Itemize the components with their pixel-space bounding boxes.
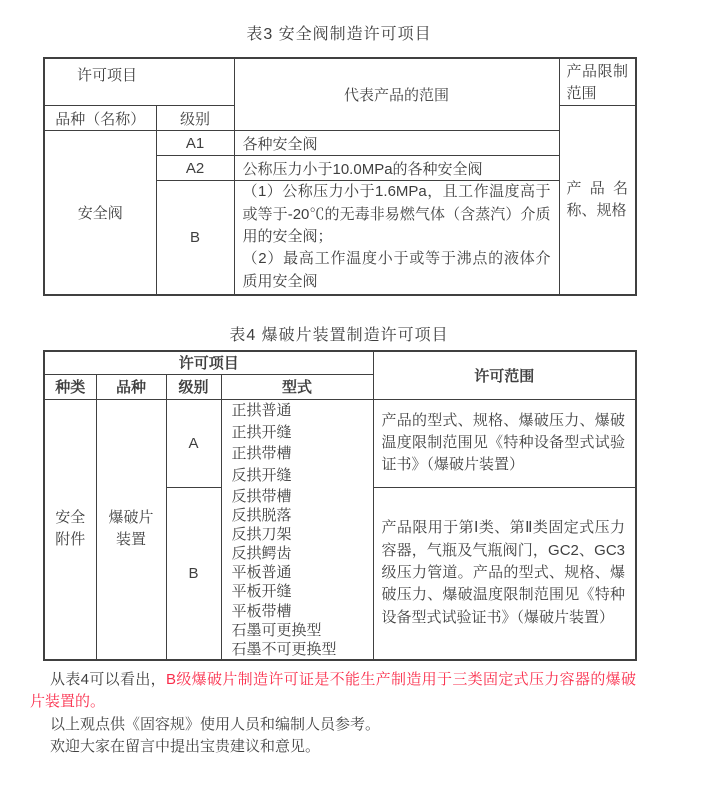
- table4-header-variety: 品种: [96, 374, 166, 399]
- table4-level-a: A: [166, 399, 221, 487]
- table3-scope-b-item2: （2）最高工作温度小于或等于沸点的液体介质用安全阀: [243, 248, 551, 293]
- table4-header-form: 型式: [221, 374, 373, 399]
- table3-header-license-item: 许可项目: [44, 58, 234, 106]
- page: { "colors": { "text": "#3f3f3f", "border…: [0, 0, 721, 788]
- note-conclusion: 从表4可以看出，B级爆破片制造许可证是不能生产制造用于三类固定式压力容器的爆破片…: [30, 669, 636, 714]
- table3-limit-value: 产品名称、规格: [559, 106, 636, 295]
- table-row: 安全阀 A1 各种安全阀: [44, 131, 636, 156]
- table4-header-license-scope: 许可范围: [373, 351, 636, 399]
- table4-variety-value: 爆破片装置: [96, 399, 166, 660]
- table4-level-b: B: [166, 487, 221, 660]
- table3-scope-a2: 公称压力小于10.0MPa的各种安全阀: [234, 156, 559, 181]
- table3-safety-valve: 许可项目 代表产品的范围 产品限制范围 品种（名称） 级别 产品名称、规格 安全…: [43, 57, 637, 296]
- table3-title: 表3 安全阀制造许可项目: [43, 21, 635, 44]
- table3-scope-b: （1）公称压力小于1.6MPa，且工作温度高于或等于-20℃的无毒非易燃气体（含…: [234, 181, 559, 295]
- table-row: 安全附件 爆破片装置 A 正拱普通 正拱开缝 正拱带槽 反拱开缝 产品的型式、规…: [44, 399, 636, 487]
- table4-scope-a: 产品的型式、规格、爆破压力、爆破温度限制范围见《特种设备型式试验证书》（爆破片装…: [373, 399, 636, 487]
- table3-header-representative-scope: 代表产品的范围: [234, 58, 559, 131]
- table4-category-value: 安全附件: [44, 399, 96, 660]
- table4-rupture-disc: 许可项目 许可范围 种类 品种 级别 型式 安全附件 爆破片装置 A 正拱普通 …: [43, 350, 637, 661]
- table4-scope-b: 产品限用于第Ⅰ类、第Ⅱ类固定式压力容器，气瓶及气瓶阀门，GC2、GC3级压力管道…: [373, 487, 636, 660]
- table3-variety-value: 安全阀: [44, 131, 156, 295]
- table4-header-category: 种类: [44, 374, 96, 399]
- table3-level-a1: A1: [156, 131, 234, 156]
- table4-forms-b: 反拱带槽 反拱脱落 反拱刀架 反拱鳄齿 平板普通 平板开缝 平板带槽 石墨可更换…: [221, 487, 373, 660]
- table4-forms-a: 正拱普通 正拱开缝 正拱带槽 反拱开缝: [221, 399, 373, 487]
- note-conclusion-lead: 从表4可以看出，: [50, 671, 166, 688]
- note-welcome: 欢迎大家在留言中提出宝贵建议和意见。: [30, 736, 636, 758]
- table3-header-variety: 品种（名称）: [44, 106, 156, 131]
- table4-header-license-item: 许可项目: [44, 351, 373, 374]
- notes-section: 从表4可以看出，B级爆破片制造许可证是不能生产制造用于三类固定式压力容器的爆破片…: [30, 669, 636, 758]
- table3-scope-b-item1: （1）公称压力小于1.6MPa，且工作温度高于或等于-20℃的无毒非易燃气体（含…: [243, 181, 551, 248]
- table3-header-level: 级别: [156, 106, 234, 131]
- table3-scope-a1: 各种安全阀: [234, 131, 559, 156]
- table3-header-product-limit: 产品限制范围: [559, 58, 636, 106]
- table4-title: 表4 爆破片装置制造许可项目: [43, 322, 635, 345]
- note-reference: 以上观点供《固容规》使用人员和编制人员参考。: [30, 714, 636, 736]
- table3-level-a2: A2: [156, 156, 234, 181]
- table4-header-level: 级别: [166, 374, 221, 399]
- table3-level-b: B: [156, 181, 234, 295]
